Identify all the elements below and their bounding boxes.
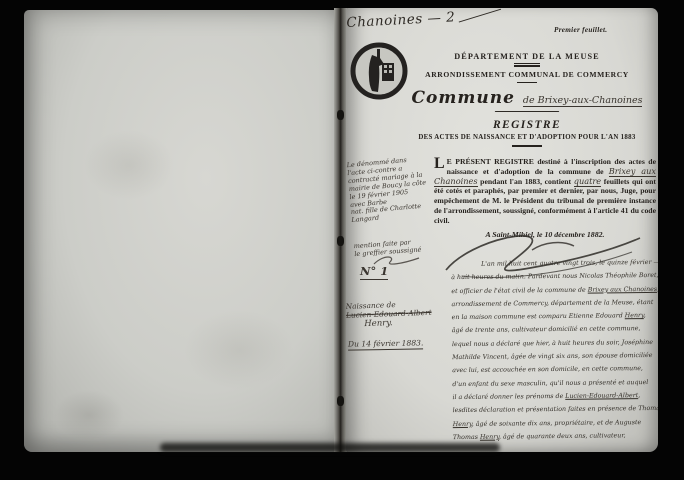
act-line-text: lequel nous a déclaré que hier, à huit h…: [452, 339, 653, 348]
act-line: Thomas Henry, âgé de quarante deux ans, …: [453, 429, 658, 444]
act-line-text: ,: [638, 392, 640, 399]
act-line-text: avec lui, est accouchée en son domicile,…: [452, 365, 643, 374]
binding-stitch: [337, 236, 344, 246]
rule: [514, 63, 540, 67]
premier-feuillet-label: Premier feuillet.: [554, 26, 607, 34]
act-line-underlined: Henry: [480, 433, 499, 440]
act-date-label: Du 14 février 1883.: [348, 338, 424, 350]
act-line-text: , âgé de soixante dix ans, propriétaire,…: [472, 419, 641, 428]
act-line: Henry, âgé de soixante dix ans, propriét…: [453, 415, 658, 430]
act-line-text: Mathilde Vincent, âgée de vingt six ans,…: [452, 352, 652, 361]
act-line-text: L'an mil huit cent quatre vingt trois, l…: [481, 259, 658, 268]
page-stain: [84, 130, 174, 200]
act-line-text: , âgé de quarante deux ans, cultivateur,: [499, 432, 626, 440]
printed-header: DÉPARTEMENT DE LA MEUSE ARRONDISSEMENT C…: [396, 52, 658, 151]
blank-verso-page: [24, 10, 338, 452]
preamble-paragraph: LE PRÉSENT REGISTRE destiné à l'inscript…: [434, 157, 656, 239]
microfilm-scan: Brixey aux Chanoines — 2 Premier feuille…: [0, 0, 684, 480]
act-line-underlined: Henry: [453, 420, 472, 427]
act-line-text: âgé de trente ans, cultivateur domicilié…: [452, 326, 641, 335]
act-line-underlined: Brixey aux Chanoines: [588, 286, 657, 294]
binding-stitch: [337, 110, 344, 120]
act-line-text: en la maison commune est comparu Etienne…: [452, 312, 625, 321]
commune-line: Commune de Brixey-aux-Chanoines: [396, 88, 658, 108]
act-line-text: il a déclaré donner les prénoms de: [452, 393, 565, 401]
top-handwritten-title: Brixey aux Chanoines — 2: [346, 8, 544, 35]
act-body: L'an mil huit cent quatre vingt trois, l…: [451, 256, 658, 444]
commune-handwritten-name: de Brixey-aux-Chanoines: [523, 95, 643, 107]
naissance-surname: Henry.: [364, 317, 450, 329]
flourish-rule: [495, 111, 560, 112]
act-line-text: et officier de l'état civil de la commun…: [451, 286, 587, 294]
act-margin-title: Naissance de Lucien-Edouard-Albert Henry…: [346, 298, 450, 330]
rule: [517, 82, 537, 83]
act-line-text: ,: [657, 286, 658, 293]
arrondissement-title: ARRONDISSEMENT COMMUNAL DE COMMERCY: [396, 70, 658, 79]
commune-label: Commune: [412, 88, 515, 108]
page-stain: [184, 310, 294, 390]
act-line-text: Thomas: [453, 434, 480, 441]
marginal-mention-note: Le dénommé dans l'acte ci-contre a contr…: [346, 154, 445, 225]
act-line-text: lesdites déclaration et présentation fai…: [453, 405, 658, 414]
rule: [512, 145, 542, 147]
act-line-underlined: Henry: [625, 312, 644, 319]
preamble-text: pendant l'an 1883, contient: [478, 177, 574, 186]
act-line-text: arrondissement de Commercy, département …: [451, 299, 653, 308]
department-title: DÉPARTEMENT DE LA MEUSE: [396, 52, 658, 61]
act-line-underlined: Lucien-Edouard-Albert: [565, 392, 638, 400]
registre-title: REGISTRE: [396, 119, 658, 131]
register-page: Brixey aux Chanoines — 2 Premier feuille…: [346, 8, 658, 452]
act-line-text: ,: [644, 312, 646, 319]
act-line-text: à huit heures du matin. Pardevant nous N…: [451, 272, 658, 281]
page-edge-shadow: [160, 443, 500, 452]
binding-stitch: [337, 396, 344, 406]
act-number: N° 1: [360, 264, 388, 280]
preamble-feuillets-handwritten: quatre: [574, 176, 601, 187]
act-line-text: d'un enfant du sexe masculin, qu'il nous…: [452, 379, 648, 388]
registre-subtitle: DES ACTES DE NAISSANCE ET D'ADOPTION POU…: [396, 134, 658, 141]
page-stain: [54, 390, 124, 440]
